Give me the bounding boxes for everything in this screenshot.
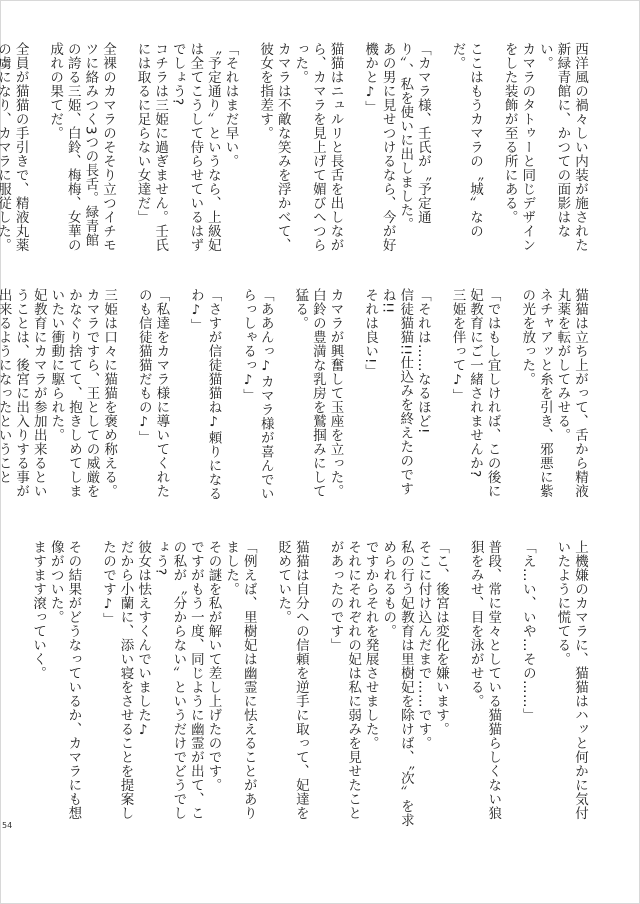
paragraph: 西洋風の禍々しい内装が施された新緑青館に、かつての面影はない。 [535,42,588,256]
paragraph: そこに付け込んだまで……です。 [414,540,432,830]
paragraph: それは良い!」 [360,288,378,506]
paragraph: 普段、常に堂々としている猫猫らしくない狼狽をみせ、目を泳がせる。 [466,540,501,830]
paragraph: カマラのタトゥーと同じデザインをした装飾が至る所にある。 [500,42,535,256]
paragraph: それにそれぞれの妃は私に弱みを見せたことがあったのです」 [326,540,361,830]
text-block-middle: 猫猫は立ち上がって、舌から精液丸薬を転がしてみせる。ネチャアッと糸を引き、邪悪に… [0,288,588,506]
paragraph: あの男に見せつけるなら、今が好機かと♪」 [360,42,395,256]
paragraph: 三姫を伴って♪」 [448,288,466,506]
paragraph: 全裸のカマラのそそり立つイチモツに絡みつく3つの長舌。緑青館の誇る三姫、白鈴、梅… [46,42,116,256]
paragraph: 「それはまだ早い。 [221,42,239,256]
text-block-lower: 上機嫌のカマラに、猫猫はハッと何かに気付いたように慌てる。「え…い、いや…その…… [29,540,588,830]
paragraph: カマラが興奮して玉座を立った。 [326,288,344,506]
paragraph: 〝予定通り〟というなら、上級妃は全てこうして侍らせているはずでしょう? [168,42,221,256]
paragraph: カマラですら、王としての威厳をかなぐり捨てて、抱きしめてしまいたい衝動に駆られた… [47,288,100,506]
paragraph: 猫猫は自分への信頼を逆手に取って、妃達を貶めていた。 [274,540,309,830]
paragraph: 「え…い、いや…その……」 [518,540,536,830]
paragraph: 信徒猫猫!!仕込みを終えたのですね!! [378,288,413,506]
paragraph: 「カマラ様、壬氏が〝予定通り〟、私を使いに出しました。 [396,42,431,256]
paragraph: 上機嫌のカマラに、猫猫はハッと何かに気付いたように慌てる。 [553,540,588,830]
paragraph: 白鈴の豊満な乳房を鷲掴みにして猛る。 [291,288,326,506]
paragraph: コチラは三姫に過ぎません。壬氏には取るに足らない女達だ」 [133,42,168,256]
paragraph: 全員が猫猫の手引きで、精液丸薬の虜になり、カマラに服従した。 [0,42,29,256]
paragraph: 彼女は怯えすくんでいました♪ [134,540,152,830]
paragraph: 「それは……なるほど! [413,288,431,506]
paragraph: ここはもうカマラの〝城〟なのだ。 [448,42,483,256]
paragraph: 「私達をカマラ様に導いてくれたのも信徒猫猫だもの♪」 [134,288,169,506]
paragraph: だから小蘭に、添い寝をさせることを提案したのです♪」 [98,540,133,830]
paragraph: ですがもう一度、同じように幽霊が出て、この私が〝分からない〟というだけでどうでし… [151,540,204,830]
paragraph: 私の行う妃教育は里樹妃を除けば、〝次〟を求められるもの。 [379,540,414,830]
paragraph: ますます滾っていく。 [29,540,47,830]
paragraph: 「ああんっ♪カマラ様が喜んでいらっしゃるっ♪」 [239,288,274,506]
paragraph: 「こ、後宮は変化を嫌います。 [431,540,449,830]
paragraph: 三姫は口々に猫猫を褒め称える。 [100,288,118,506]
paragraph: 猫猫は立ち上がって、舌から精液丸薬を転がしてみせる。 [553,288,588,506]
paragraph: 「さすが信徒猫猫ね♪頼りになるわ♪」 [186,288,221,506]
paragraph: ネチャアッと糸を引き、邪悪に紫の光を放った。 [518,288,553,506]
page-number: 54 [2,822,10,830]
paragraph: 「例えば、里樹妃は幽霊に怯えることがありました。 [222,540,257,830]
paragraph: ですからそれを発展させました。 [361,540,379,830]
paragraph: 妃教育にカマラが参加出来るということは、後宮に出入りする事が出来るようになったと… [0,288,47,506]
paragraph: その謎を私が解いて差し上げたのです。 [204,540,222,830]
paragraph: その結果がどうなっているか、カマラにも想像がついた。 [46,540,81,830]
text-block-upper: 西洋風の禍々しい内装が施された新緑青館に、かつての面影はない。カマラのタトゥーと… [0,42,588,256]
paragraph: 猫猫はニュルリと長舌を出しながら、カマラを見上げて媚びへつらった。 [291,42,344,256]
paragraph: 「ではもし宜しければ、この後に妃教育にご一緒されませんか? [465,288,500,506]
paragraph: カマラは不敵な笑みを浮かべて、彼女を指差す。 [256,42,291,256]
